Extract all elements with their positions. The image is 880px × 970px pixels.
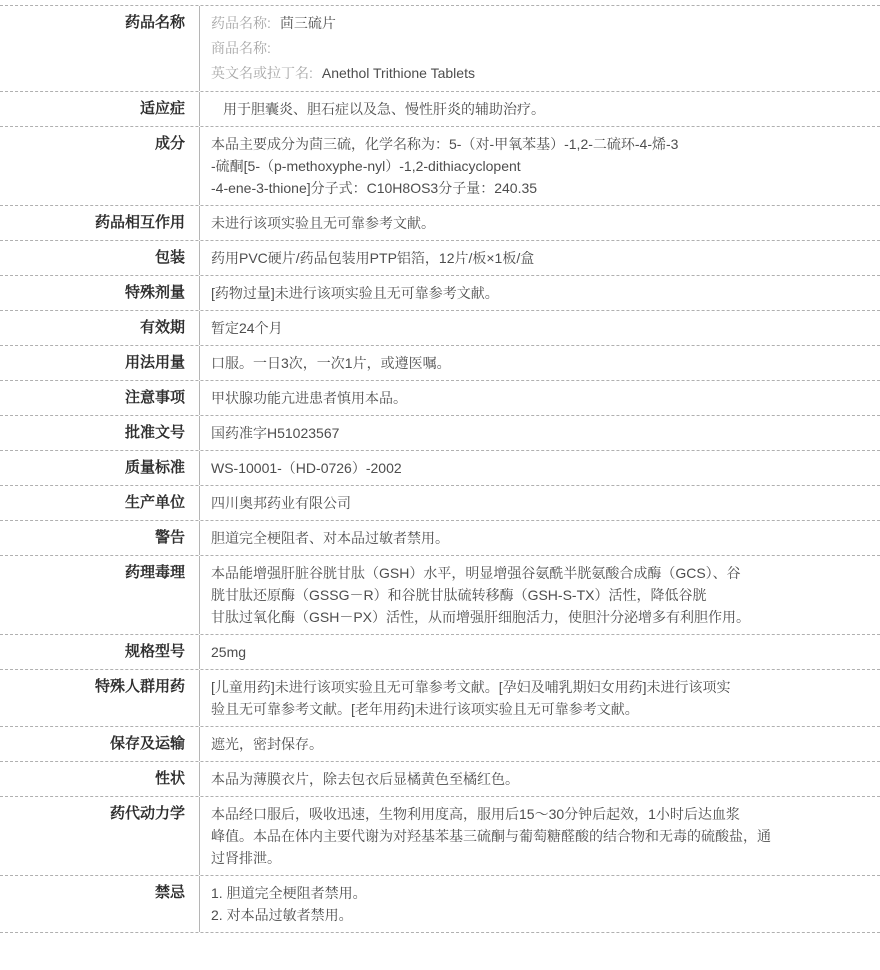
row-value: 本品为薄膜衣片，除去包衣后显橘黄色至橘红色。 — [200, 762, 880, 796]
row-label: 用法用量 — [0, 346, 200, 380]
drug-name-line: 药品名称:茴三硫片 — [211, 11, 864, 36]
table-row-storage-transport: 保存及运输 遮光，密封保存。 — [0, 727, 880, 762]
table-row-warning: 警告 胆道完全梗阻者、对本品过敏者禁用。 — [0, 521, 880, 556]
row-value: 本品能增强肝脏谷胱甘肽（GSH）水平，明显增强谷氨酰半胱氨酸合成酶（GCS）、谷… — [200, 556, 880, 634]
sub-value-drug-name: 茴三硫片 — [280, 15, 336, 31]
table-row-contraindications: 禁忌 1. 胆道完全梗阻者禁用。 2. 对本品过敏者禁用。 — [0, 876, 880, 933]
row-label: 批准文号 — [0, 416, 200, 450]
table-row-ingredients: 成分 本品主要成分为茴三硫，化学名称为：5-（对-甲氧苯基）-1,2-二硫环-4… — [0, 127, 880, 206]
row-value: [药物过量]未进行该项实验且无可靠参考文献。 — [200, 276, 880, 310]
english-name-line: 英文名或拉丁名:Anethol Trithione Tablets — [211, 61, 864, 86]
table-row-drug-name: 药品名称 药品名称:茴三硫片 商品名称: 英文名或拉丁名:Anethol Tri… — [0, 6, 880, 92]
row-value: 1. 胆道完全梗阻者禁用。 2. 对本品过敏者禁用。 — [200, 876, 880, 932]
table-row-special-dosage: 特殊剂量 [药物过量]未进行该项实验且无可靠参考文献。 — [0, 276, 880, 311]
row-label: 特殊人群用药 — [0, 670, 200, 726]
table-row-pharmacokinetics: 药代动力学 本品经口服后，吸收迅速，生物利用度高，服用后15～30分钟后起效，1… — [0, 797, 880, 876]
drug-info-page: 药品名称 药品名称:茴三硫片 商品名称: 英文名或拉丁名:Anethol Tri… — [0, 0, 880, 970]
table-row-precautions: 注意事项 甲状腺功能亢进患者慎用本品。 — [0, 381, 880, 416]
table-row-packaging: 包装 药用PVC硬片/药品包装用PTP铝箔，12片/板×1板/盒 — [0, 241, 880, 276]
row-label: 规格型号 — [0, 635, 200, 669]
row-label: 警告 — [0, 521, 200, 555]
table-row-shelf-life: 有效期 暂定24个月 — [0, 311, 880, 346]
row-label: 生产单位 — [0, 486, 200, 520]
row-value: 药品名称:茴三硫片 商品名称: 英文名或拉丁名:Anethol Trithion… — [200, 6, 880, 91]
sub-label-trade-name: 商品名称: — [211, 40, 271, 56]
row-value: 甲状腺功能亢进患者慎用本品。 — [200, 381, 880, 415]
row-label: 特殊剂量 — [0, 276, 200, 310]
row-label: 保存及运输 — [0, 727, 200, 761]
row-label: 成分 — [0, 127, 200, 205]
row-label: 有效期 — [0, 311, 200, 345]
drug-info-table: 药品名称 药品名称:茴三硫片 商品名称: 英文名或拉丁名:Anethol Tri… — [0, 5, 880, 933]
row-label: 注意事项 — [0, 381, 200, 415]
sub-value-english-name: Anethol Trithione Tablets — [322, 65, 475, 81]
row-value: 用于胆囊炎、胆石症以及急、慢性肝炎的辅助治疗。 — [200, 92, 880, 126]
row-value: 未进行该项实验且无可靠参考文献。 — [200, 206, 880, 240]
table-row-indications: 适应症 用于胆囊炎、胆石症以及急、慢性肝炎的辅助治疗。 — [0, 92, 880, 127]
row-label: 禁忌 — [0, 876, 200, 932]
table-row-pharmacology-toxicology: 药理毒理 本品能增强肝脏谷胱甘肽（GSH）水平，明显增强谷氨酰半胱氨酸合成酶（G… — [0, 556, 880, 635]
table-row-quality-standard: 质量标准 WS-10001-（HD-0726）-2002 — [0, 451, 880, 486]
row-value: 药用PVC硬片/药品包装用PTP铝箔，12片/板×1板/盒 — [200, 241, 880, 275]
row-value: 胆道完全梗阻者、对本品过敏者禁用。 — [200, 521, 880, 555]
row-label: 包装 — [0, 241, 200, 275]
row-value: 四川奥邦药业有限公司 — [200, 486, 880, 520]
row-label: 药品名称 — [0, 6, 200, 91]
row-value: [儿童用药]未进行该项实验且无可靠参考文献。[孕妇及哺乳期妇女用药]未进行该项实… — [200, 670, 880, 726]
table-row-special-populations: 特殊人群用药 [儿童用药]未进行该项实验且无可靠参考文献。[孕妇及哺乳期妇女用药… — [0, 670, 880, 727]
table-row-specification: 规格型号 25mg — [0, 635, 880, 670]
sub-label-english-name: 英文名或拉丁名: — [211, 65, 313, 81]
row-label: 药品相互作用 — [0, 206, 200, 240]
row-label: 药代动力学 — [0, 797, 200, 875]
trade-name-line: 商品名称: — [211, 36, 864, 61]
row-value: 暂定24个月 — [200, 311, 880, 345]
row-label: 药理毒理 — [0, 556, 200, 634]
row-label: 质量标准 — [0, 451, 200, 485]
table-row-manufacturer: 生产单位 四川奥邦药业有限公司 — [0, 486, 880, 521]
table-row-description: 性状 本品为薄膜衣片，除去包衣后显橘黄色至橘红色。 — [0, 762, 880, 797]
row-label: 性状 — [0, 762, 200, 796]
row-label: 适应症 — [0, 92, 200, 126]
row-value: 本品主要成分为茴三硫，化学名称为：5-（对-甲氧苯基）-1,2-二硫环-4-烯-… — [200, 127, 880, 205]
row-value: 25mg — [200, 635, 880, 669]
row-value: 遮光，密封保存。 — [200, 727, 880, 761]
row-value: WS-10001-（HD-0726）-2002 — [200, 451, 880, 485]
row-value: 国药准字H51023567 — [200, 416, 880, 450]
table-row-approval-number: 批准文号 国药准字H51023567 — [0, 416, 880, 451]
row-value: 口服。一日3次，一次1片，或遵医嘱。 — [200, 346, 880, 380]
sub-label-drug-name: 药品名称: — [211, 15, 271, 31]
row-value: 本品经口服后，吸收迅速，生物利用度高，服用后15～30分钟后起效，1小时后达血浆… — [200, 797, 880, 875]
table-row-dosage-usage: 用法用量 口服。一日3次，一次1片，或遵医嘱。 — [0, 346, 880, 381]
table-row-interactions: 药品相互作用 未进行该项实验且无可靠参考文献。 — [0, 206, 880, 241]
